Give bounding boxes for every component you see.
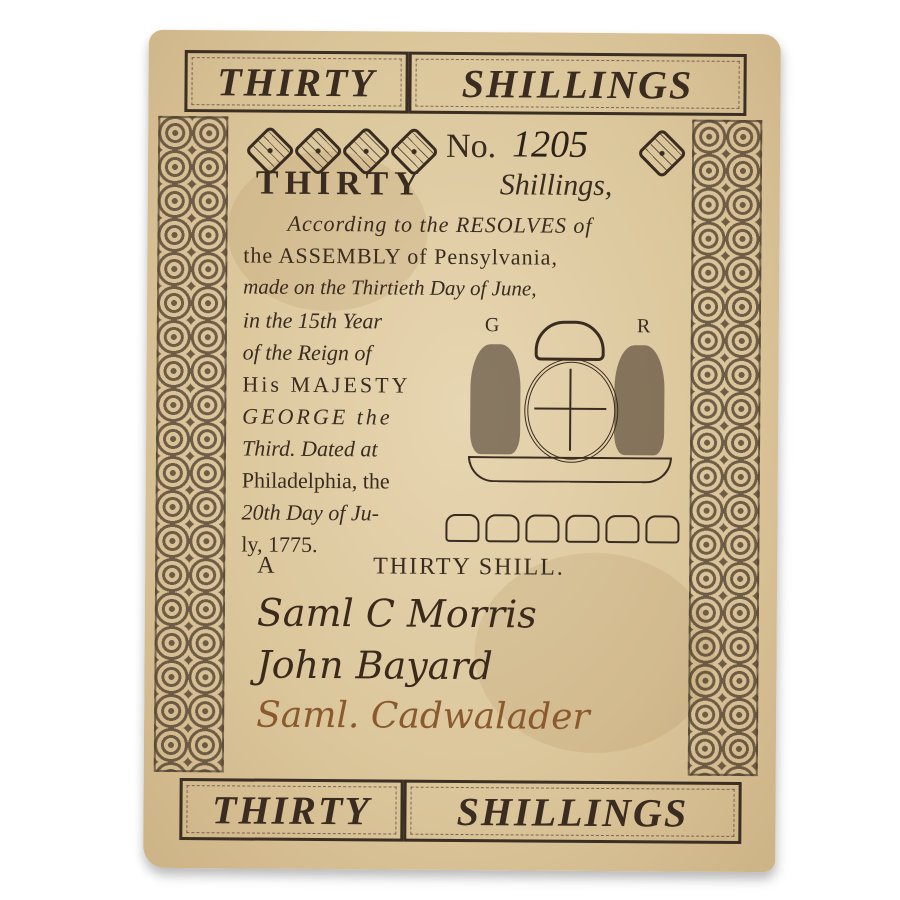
denomination-text: THIRTY SHILL. <box>373 553 565 581</box>
bottom-banner-right: SHILLINGS <box>403 780 741 844</box>
june-line: made on the Thirtieth Day of June, <box>243 274 537 301</box>
bottom-banner-left: THIRTY <box>179 778 403 842</box>
crown-icon <box>445 514 479 542</box>
assembly-line: the ASSEMBLY of Pensylvania, <box>243 242 558 270</box>
serial-number: 1205 <box>512 122 588 167</box>
date-text-block: in the 15th Year of the Reign of His MAJ… <box>241 304 411 561</box>
motto-scroll-icon <box>468 456 672 483</box>
signature-2: John Bayard <box>256 643 493 689</box>
crowns-row <box>445 514 685 546</box>
text-line: of the Reign of <box>243 336 411 369</box>
text-line: GEORGE the <box>242 400 410 433</box>
unicorn-supporter-icon <box>614 345 665 455</box>
text-line: His MAJESTY <box>242 368 410 401</box>
lion-supporter-icon <box>470 344 521 454</box>
heading-shillings: Shillings, <box>500 168 613 203</box>
crown-icon <box>605 515 639 543</box>
crown-icon <box>485 514 519 542</box>
arms-letter-r: R <box>637 315 651 338</box>
arms-letter-g: G <box>485 314 500 337</box>
right-ornamental-border <box>688 120 763 776</box>
banner-text: THIRTY <box>212 786 371 834</box>
top-banner-right: SHILLINGS <box>408 52 746 116</box>
text-line: Third. Dated at <box>242 432 410 465</box>
banner-text: THIRTY <box>217 58 376 106</box>
text-line: Philadelphia, the <box>242 464 410 497</box>
top-banner-left: THIRTY <box>184 50 408 114</box>
denomination-letter: A <box>257 553 275 580</box>
text-line: 20th Day of Ju- <box>241 496 409 529</box>
crown-icon <box>535 321 605 361</box>
crown-icon <box>565 515 599 543</box>
banner-text: SHILLINGS <box>457 787 689 836</box>
colonial-banknote: THIRTY SHILLINGS No. 1205 THIRTY Shillin… <box>143 30 781 872</box>
signature-3: Saml. Cadwalader <box>256 695 590 738</box>
serial-label: No. <box>446 128 496 166</box>
crown-icon <box>525 514 559 542</box>
left-ornamental-border <box>154 116 229 772</box>
royal-coat-of-arms-icon: G R <box>464 314 675 495</box>
shield-garter-icon <box>524 358 619 463</box>
heading-thirty: THIRTY <box>256 165 425 204</box>
signature-1: Saml C Morris <box>257 591 537 637</box>
resolves-line: According to the RESOLVES of <box>287 211 592 239</box>
text-line: in the 15th Year <box>243 304 411 337</box>
diamond-ornament-icon <box>637 128 688 179</box>
crown-icon <box>645 515 679 543</box>
banner-text: SHILLINGS <box>462 59 694 108</box>
